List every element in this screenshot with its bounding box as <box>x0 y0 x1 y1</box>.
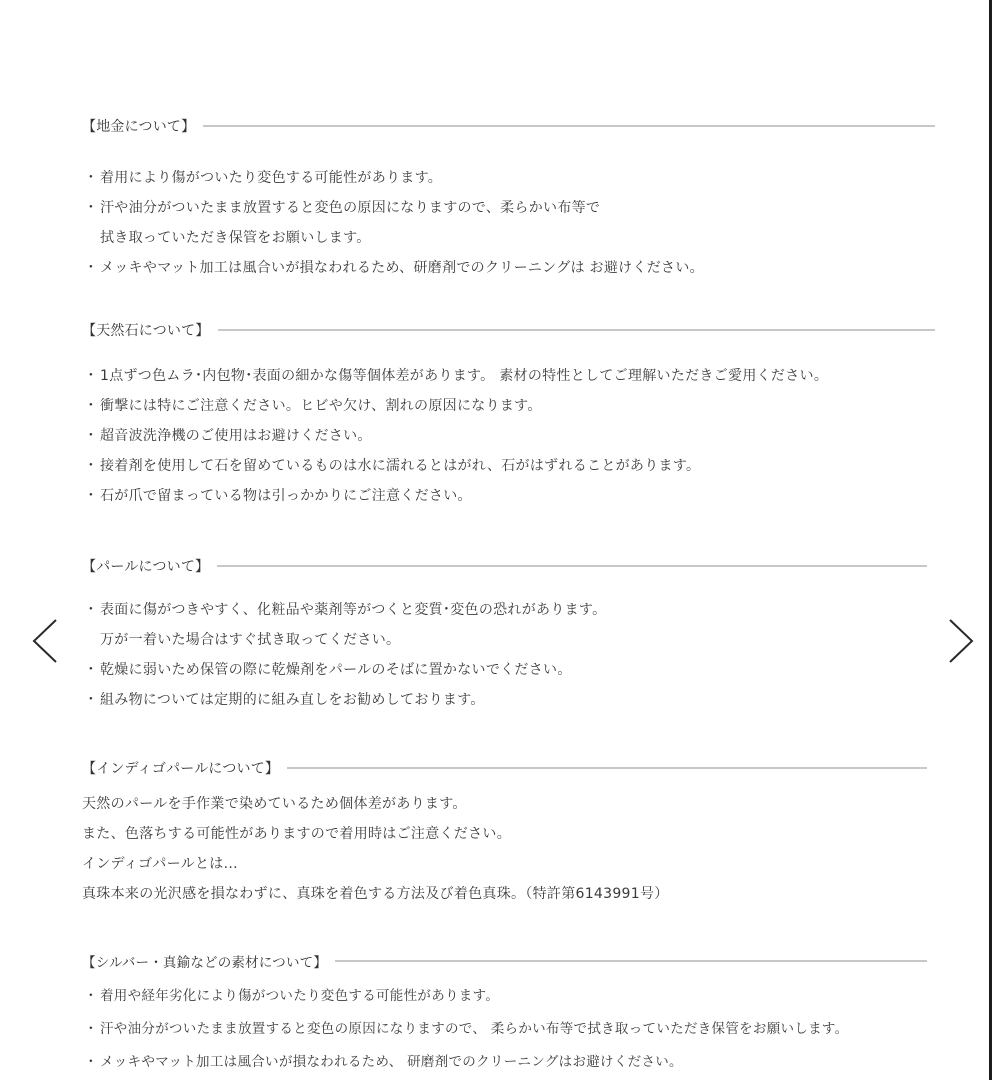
section-heading-row: 【地金について】 <box>82 115 935 137</box>
section-natural-stone: 【天然石について】 ・1点ずつ色ムラ･内包物･表面の細かな傷等個体差があります。… <box>82 319 935 511</box>
list-item: ・表面に傷がつきやすく、化粧品や薬剤等がつくと変質･変色の恐れがあります。 <box>82 595 927 625</box>
divider <box>287 767 927 769</box>
section-metal: 【地金について】 ・着用により傷がついたり変色する可能性があります。 ・汗や油分… <box>82 115 935 283</box>
item-list: ・表面に傷がつきやすく、化粧品や薬剤等がつくと変質･変色の恐れがあります。 万が… <box>82 595 927 715</box>
section-heading-row: 【シルバー・真鍮などの素材について】 <box>82 950 927 972</box>
item-list: ・1点ずつ色ムラ･内包物･表面の細かな傷等個体差があります。 素材の特性としてご… <box>82 361 935 511</box>
section-heading-row: 【パールについて】 <box>82 555 927 577</box>
section-indigo-pearl: 【インディゴパールについて】 天然のパールを手作業で染めているため個体差がありま… <box>82 757 927 909</box>
section-pearl: 【パールについて】 ・表面に傷がつきやすく、化粧品や薬剤等がつくと変質･変色の恐… <box>82 555 927 715</box>
section-heading-row: 【天然石について】 <box>82 319 935 341</box>
list-item: ・乾燥に弱いため保管の際に乾燥剤をパールのそばに置かないでください。 <box>82 655 927 685</box>
list-item-continuation: 拭き取っていただき保管をお願いします。 <box>82 223 935 253</box>
next-slide-button[interactable] <box>946 618 976 664</box>
section-heading: 【インディゴパールについて】 <box>82 758 279 778</box>
prev-slide-button[interactable] <box>30 618 60 664</box>
description-line: インディゴパールとは... <box>82 849 927 879</box>
list-item: ・1点ずつ色ムラ･内包物･表面の細かな傷等個体差があります。 素材の特性としてご… <box>82 361 935 391</box>
chevron-right-icon <box>946 618 976 664</box>
divider <box>217 565 927 567</box>
list-item: ・石が爪で留まっている物は引っかかりにご注意ください。 <box>82 481 935 511</box>
section-heading: 【シルバー・真鍮などの素材について】 <box>82 951 327 971</box>
section-heading: 【地金について】 <box>82 116 195 136</box>
chevron-left-icon <box>30 618 60 664</box>
item-list: ・着用により傷がついたり変色する可能性があります。 ・汗や油分がついたまま放置す… <box>82 163 935 283</box>
divider <box>203 125 935 127</box>
list-item: ・組み物については定期的に組み直しをお勧めしております。 <box>82 685 927 715</box>
description-line: 天然のパールを手作業で染めているため個体差があります。 <box>82 789 927 819</box>
description-line: 真珠本来の光沢感を損なわずに、真珠を着色する方法及び着色真珠。（特許第61439… <box>82 879 927 909</box>
section-heading: 【パールについて】 <box>82 556 209 576</box>
list-item: ・メッキやマット加工は風合いが損なわれるため、 研磨剤でのクリーニングはお避けく… <box>82 1046 927 1079</box>
section-heading: 【天然石について】 <box>82 320 210 340</box>
list-item: ・汗や油分がついたまま放置すると変色の原因になりますので、 柔らかい布等で拭き取… <box>82 1013 927 1046</box>
list-item: ・メッキやマット加工は風合いが損なわれるため、研磨剤でのクリーニングは お避けく… <box>82 253 935 283</box>
divider <box>218 329 935 331</box>
list-item: ・着用や経年劣化により傷がついたり変色する可能性があります。 <box>82 980 927 1013</box>
description-line: また、色落ちする可能性がありますので着用時はご注意ください。 <box>82 819 927 849</box>
description: 天然のパールを手作業で染めているため個体差があります。 また、色落ちする可能性が… <box>82 789 927 909</box>
section-heading-row: 【インディゴパールについて】 <box>82 757 927 779</box>
list-item: ・汗や油分がついたまま放置すると変色の原因になりますので、柔らかい布等で <box>82 193 935 223</box>
list-item: ・超音波洗浄機のご使用はお避けください。 <box>82 421 935 451</box>
list-item-continuation: 万が一着いた場合はすぐ拭き取ってください。 <box>82 625 927 655</box>
list-item: ・着用により傷がついたり変色する可能性があります。 <box>82 163 935 193</box>
list-item: ・衝撃には特にご注意ください。ヒビや欠け、割れの原因になります。 <box>82 391 935 421</box>
section-silver-brass: 【シルバー・真鍮などの素材について】 ・着用や経年劣化により傷がついたり変色する… <box>82 950 927 1079</box>
list-item: ・接着剤を使用して石を留めているものは水に濡れるとはがれ、石がはずれることがあり… <box>82 451 935 481</box>
item-list: ・着用や経年劣化により傷がついたり変色する可能性があります。 ・汗や油分がついた… <box>82 980 927 1079</box>
divider <box>335 960 927 962</box>
